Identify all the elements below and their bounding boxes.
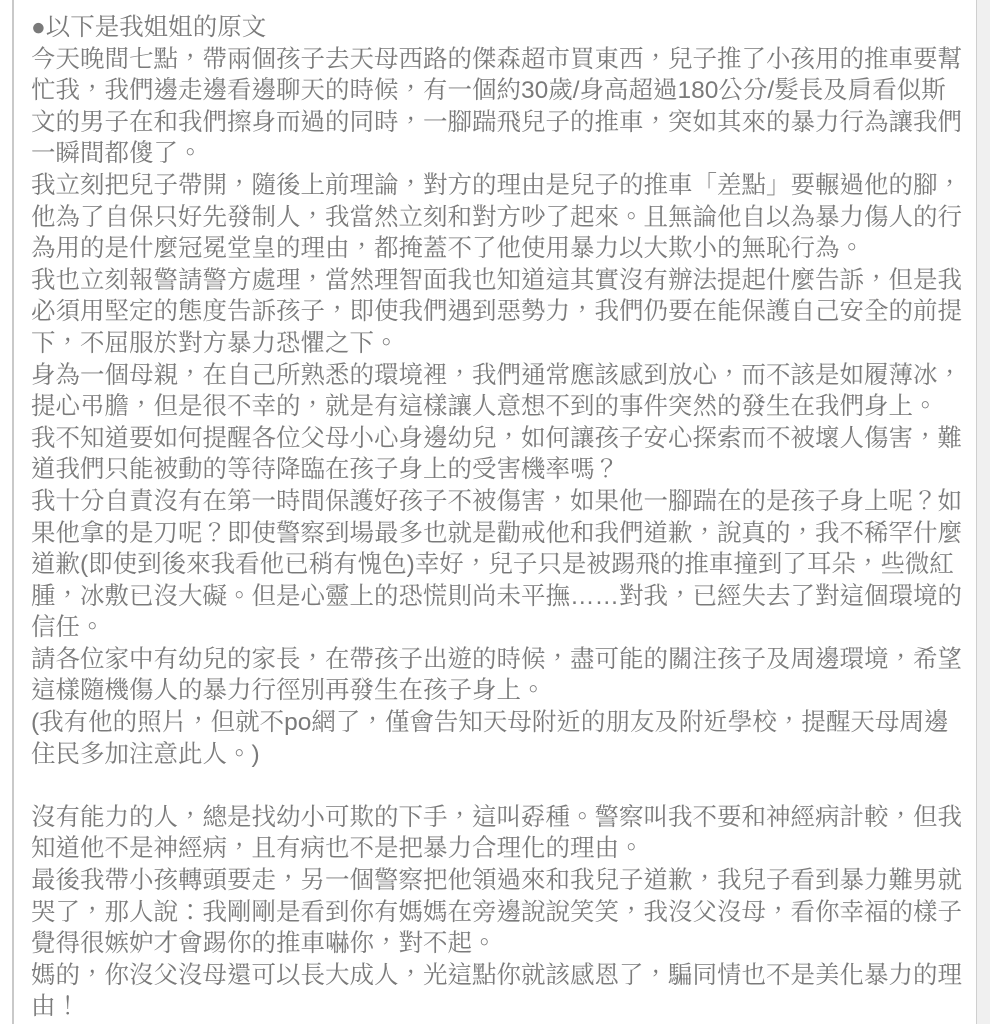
post-paragraph: 我立刻把兒子帶開，隨後上前理論，對方的理由是兒子的推車「差點」要輾過他的腳，他為… (31, 170, 962, 265)
post-paragraph: 我也立刻報警請警方處理，當然理智面我也知道這其實沒有辦法提起什麼告訴，但是我必須… (31, 265, 962, 360)
left-gutter (0, 0, 12, 1024)
post-paragraph: (我有他的照片，但就不po網了，僅會告知天母附近的朋友及附近學校，提醒天母周邊住… (31, 707, 962, 770)
post-page: ●以下是我姐姐的原文 今天晚間七點，帶兩個孩子去天母西路的傑森超市買東西，兒子推… (0, 0, 990, 1024)
post-paragraph: 身為一個母親，在自己所熟悉的環境裡，我們通常應該感到放心，而不該是如履薄冰，提心… (31, 360, 962, 423)
right-gutter (977, 0, 990, 1024)
post-paragraph: 我十分自責沒有在第一時間保護好孩子不被傷害，如果他一腳踹在的是孩子身上呢？如果他… (31, 486, 962, 644)
post-content: ●以下是我姐姐的原文 今天晚間七點，帶兩個孩子去天母西路的傑森超市買東西，兒子推… (12, 0, 977, 1024)
paragraph-spacer (31, 770, 962, 802)
post-paragraph: 今天晚間七點，帶兩個孩子去天母西路的傑森超市買東西，兒子推了小孩用的推車要幫忙我… (31, 44, 962, 170)
post-paragraph: 最後我帶小孩轉頭要走，另一個警察把他領過來和我兒子道歉，我兒子看到暴力難男就哭了… (31, 865, 962, 960)
post-paragraph: 我不知道要如何提醒各位父母小心身邊幼兒，如何讓孩子安心探索而不被壞人傷害，難道我… (31, 423, 962, 486)
post-paragraph: 請各位家中有幼兒的家長，在帶孩子出遊的時候，盡可能的關注孩子及周邊環境，希望這樣… (31, 644, 962, 707)
post-header: ●以下是我姐姐的原文 (31, 12, 962, 44)
post-paragraph: 媽的，你沒父沒母還可以長大成人，光這點你就該感恩了，騙同情也不是美化暴力的理由！ (31, 960, 962, 1023)
post-paragraph: 沒有能力的人，總是找幼小可欺的下手，這叫孬種。警察叫我不要和神經病計較，但我知道… (31, 802, 962, 865)
